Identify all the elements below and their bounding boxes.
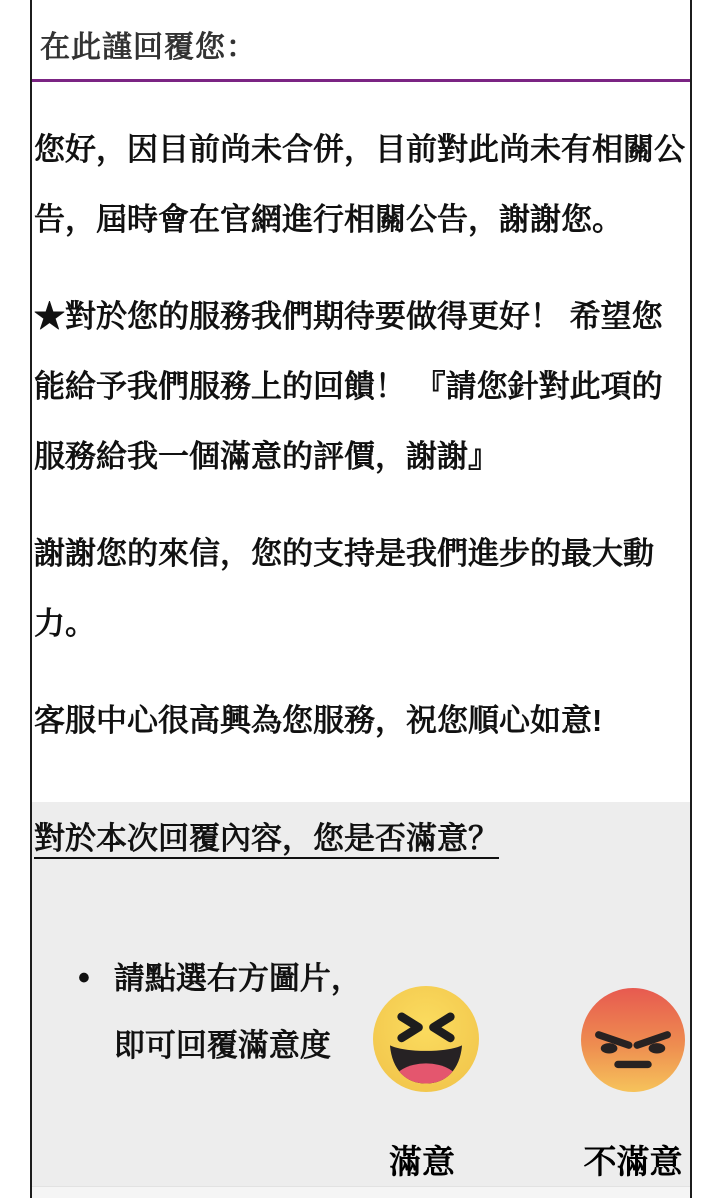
reply-paragraph-feedback-request: ★對於您的服務我們期待要做得更好！ 希望您 能給予我們服務上的回饋！ 『請您針對…	[34, 282, 688, 492]
laughing-emoji-icon	[373, 986, 479, 1092]
survey-instruction-text: 請點選右方圖片， 即可回覆滿意度	[114, 945, 362, 1079]
reply-paragraph-closing: 客服中心很高興為您服務，祝您順心如意!	[34, 686, 688, 756]
reply-paragraph-thanks: 謝謝您的來信，您的支持是我們進步的最大動 力。	[34, 519, 688, 659]
unsatisfied-label: 不滿意	[581, 1136, 685, 1183]
satisfaction-survey-section: 對於本次回覆內容，您是否滿意？ • 請點選右方圖片， 即可回覆滿意度	[32, 802, 690, 1198]
reply-body: 您好，因目前尚未合併，目前對此尚未有相關公 告，屆時會在官網進行相關公告，謝謝您…	[32, 82, 690, 756]
survey-question: 對於本次回覆內容，您是否滿意？	[34, 813, 499, 858]
survey-instruction: • 請點選右方圖片， 即可回覆滿意度	[78, 945, 362, 1079]
angry-emoji-icon	[581, 988, 685, 1092]
bullet-icon: •	[78, 945, 90, 1012]
satisfied-label: 滿意	[369, 1136, 475, 1183]
unsatisfied-emoji-button[interactable]	[581, 988, 685, 1092]
reply-header: 在此謹回覆您：	[32, 0, 690, 82]
reply-letter-box: 在此謹回覆您： 您好，因目前尚未合併，目前對此尚未有相關公 告，屆時會在官網進行…	[30, 0, 692, 1198]
reply-paragraph-greeting: 您好，因目前尚未合併，目前對此尚未有相關公 告，屆時會在官網進行相關公告，謝謝您…	[34, 115, 688, 255]
survey-bottom-divider	[32, 1186, 690, 1198]
satisfied-emoji-button[interactable]	[373, 986, 479, 1092]
reply-title: 在此謹回覆您：	[40, 22, 682, 66]
